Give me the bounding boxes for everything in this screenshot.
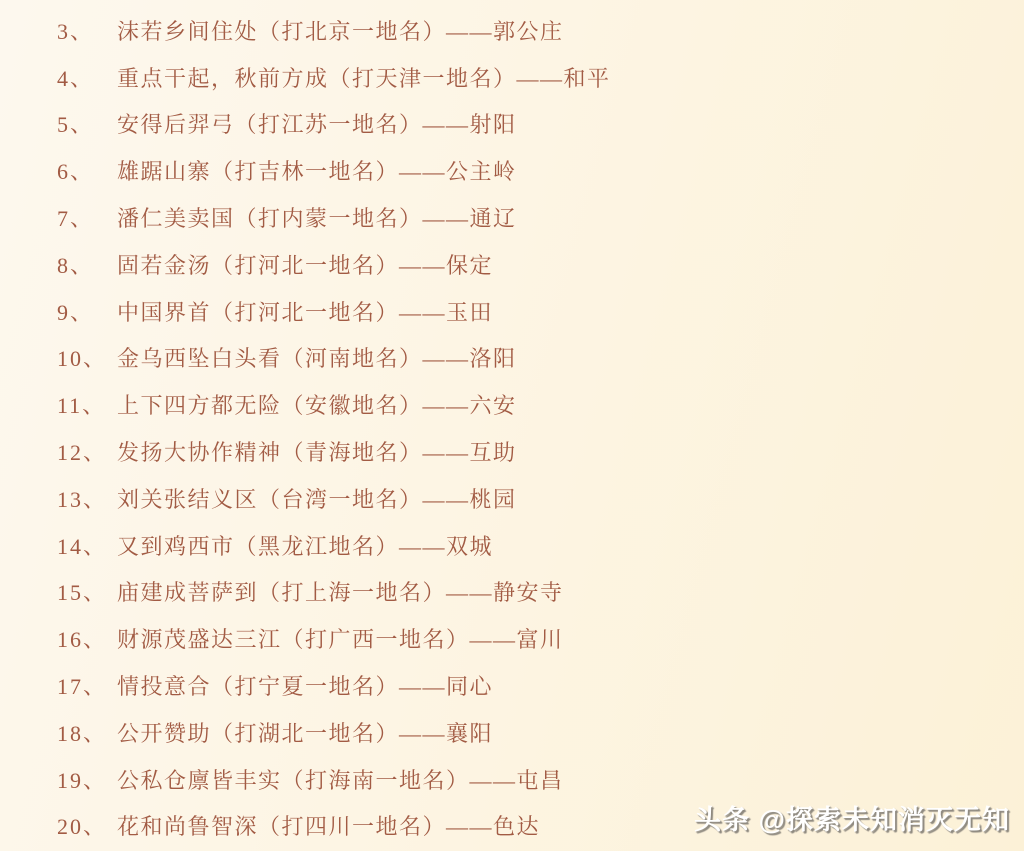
riddle-row: 7、 潘仁美卖国（打内蒙一地名）——通辽 [0, 194, 1024, 241]
riddle-number: 16、 [57, 623, 117, 654]
riddle-row: 18、 公开赞助（打湖北一地名）——襄阳 [0, 709, 1024, 756]
riddle-row: 8、 固若金汤（打河北一地名）——保定 [0, 241, 1024, 288]
riddle-text: 花和尚鲁智深（打四川一地名）——色达 [117, 810, 540, 841]
riddle-number: 10、 [57, 342, 117, 373]
riddle-text: 中国界首（打河北一地名）——玉田 [117, 296, 493, 327]
riddle-text: 金乌西坠白头看（河南地名）——洛阳 [117, 342, 517, 373]
riddle-text: 固若金汤（打河北一地名）——保定 [117, 249, 493, 280]
riddle-row: 14、 又到鸡西市（黑龙江地名）——双城 [0, 522, 1024, 569]
riddle-row: 19、 公私仓廪皆丰实（打海南一地名）——屯昌 [0, 756, 1024, 803]
riddle-list: 3、 沫若乡间住处（打北京一地名）——郭公庄 4、 重点干起，秋前方成（打天津一… [0, 0, 1024, 849]
riddle-text: 又到鸡西市（黑龙江地名）——双城 [117, 530, 493, 561]
riddle-row: 10、 金乌西坠白头看（河南地名）——洛阳 [0, 335, 1024, 382]
riddle-number: 19、 [57, 764, 117, 795]
riddle-number: 7、 [57, 202, 117, 233]
riddle-row: 5、 安得后羿弓（打江苏一地名）——射阳 [0, 101, 1024, 148]
riddle-number: 3、 [57, 15, 117, 46]
riddle-row: 9、 中国界首（打河北一地名）——玉田 [0, 288, 1024, 335]
riddle-text: 上下四方都无险（安徽地名）——六安 [117, 389, 517, 420]
riddle-row: 12、 发扬大协作精神（青海地名）——互助 [0, 428, 1024, 475]
riddle-row: 16、 财源茂盛达三江（打广西一地名）——富川 [0, 615, 1024, 662]
riddle-number: 5、 [57, 108, 117, 139]
riddle-text: 公开赞助（打湖北一地名）——襄阳 [117, 717, 493, 748]
riddle-number: 11、 [57, 389, 117, 420]
riddle-text: 发扬大协作精神（青海地名）——互助 [117, 436, 517, 467]
riddle-row: 6、 雄踞山寨（打吉林一地名）——公主岭 [0, 147, 1024, 194]
riddle-text: 潘仁美卖国（打内蒙一地名）——通辽 [117, 202, 517, 233]
riddle-number: 9、 [57, 296, 117, 327]
riddle-number: 20、 [57, 810, 117, 841]
riddle-row: 17、 情投意合（打宁夏一地名）——同心 [0, 662, 1024, 709]
riddle-text: 重点干起，秋前方成（打天津一地名）——和平 [117, 62, 611, 93]
riddle-number: 8、 [57, 249, 117, 280]
riddle-text: 情投意合（打宁夏一地名）——同心 [117, 670, 493, 701]
riddle-number: 6、 [57, 155, 117, 186]
riddle-text: 雄踞山寨（打吉林一地名）——公主岭 [117, 155, 517, 186]
riddle-row: 11、 上下四方都无险（安徽地名）——六安 [0, 381, 1024, 428]
riddle-text: 庙建成菩萨到（打上海一地名）——静安寺 [117, 576, 564, 607]
riddle-number: 13、 [57, 483, 117, 514]
riddle-row: 4、 重点干起，秋前方成（打天津一地名）——和平 [0, 54, 1024, 101]
riddle-number: 17、 [57, 670, 117, 701]
riddle-number: 15、 [57, 576, 117, 607]
riddle-row: 15、 庙建成菩萨到（打上海一地名）——静安寺 [0, 569, 1024, 616]
riddle-text: 公私仓廪皆丰实（打海南一地名）——屯昌 [117, 764, 564, 795]
riddle-text: 安得后羿弓（打江苏一地名）——射阳 [117, 108, 517, 139]
riddle-row: 13、 刘关张结义区（台湾一地名）——桃园 [0, 475, 1024, 522]
riddle-number: 18、 [57, 717, 117, 748]
toutiao-watermark: 头条 @探索未知消灭无知 [694, 798, 1010, 837]
riddle-row: 3、 沫若乡间住处（打北京一地名）——郭公庄 [0, 7, 1024, 54]
riddle-number: 12、 [57, 436, 117, 467]
riddle-text: 财源茂盛达三江（打广西一地名）——富川 [117, 623, 564, 654]
riddle-text: 沫若乡间住处（打北京一地名）——郭公庄 [117, 15, 564, 46]
riddle-number: 14、 [57, 530, 117, 561]
riddle-number: 4、 [57, 62, 117, 93]
riddle-text: 刘关张结义区（台湾一地名）——桃园 [117, 483, 517, 514]
